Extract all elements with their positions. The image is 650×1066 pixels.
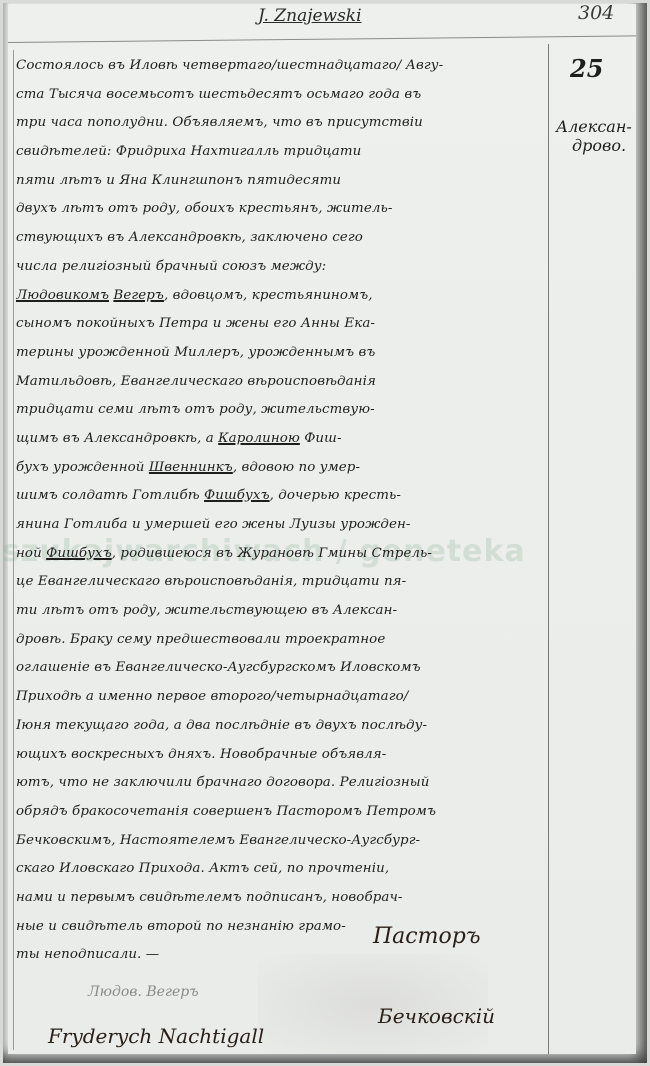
body-line: ной Фишбухъ, родившеюся въ Журановѣ Гмин… [16, 540, 544, 569]
body-line: це Евангелическаго вѣроисповѣданія, трид… [16, 568, 544, 597]
margin-place: Алексан- [556, 117, 636, 136]
body-line: пяти лѣтъ и Яна Клингшпонъ пятидесяти [16, 167, 544, 196]
body-line: числа религіозный брачный союзъ между: [16, 253, 544, 282]
body-line: Приходѣ а именно первое второго/четырнад… [16, 683, 544, 712]
body-line: шимъ солдатѣ Готлибѣ Фишбухъ, дочерью кр… [16, 482, 544, 511]
body-line: двухъ лѣтъ отъ роду, обоихъ крестьянъ, ж… [16, 195, 544, 224]
body-line: ти лѣтъ отъ роду, жительствующею въ Алек… [16, 597, 544, 626]
page-number: 304 [578, 2, 614, 24]
body-line: три часа пополудни. Объявляемъ, что въ п… [16, 109, 544, 138]
body-line: ствующихъ въ Александровкѣ, заключено се… [16, 224, 544, 253]
margin-place: дрово. [572, 136, 636, 155]
body-line: Состоялось въ Иловѣ четвертаго/шестнадца… [16, 52, 544, 81]
body-line: обрядъ бракосочетанія совершенъ Пастором… [16, 798, 544, 827]
body-line: терины урожденной Миллеръ, урожденнымъ в… [16, 339, 544, 368]
entry-number: 25 [570, 54, 636, 83]
record-body: Состоялось въ Иловѣ четвертаго/шестнадца… [16, 52, 544, 970]
body-line: Іюня текущаго года, а два послѣдніе въ д… [16, 712, 544, 741]
pastor-title: Пасторъ [373, 924, 480, 949]
body-line: Матильдовѣ, Евангелическаго вѣроисповѣда… [16, 368, 544, 397]
register-page: J. Znajewski 304 szukajwarchiwach / gene… [8, 4, 636, 1054]
margin-column: 25 Алексан- дрово. [556, 54, 636, 155]
header-rule [8, 35, 636, 43]
body-line: ютъ, что не заключили брачнаго договора.… [16, 769, 544, 798]
scan-frame: J. Znajewski 304 szukajwarchiwach / gene… [0, 0, 650, 1066]
body-line: ста Тысяча восемьсотъ шестьдесятъ осьмаг… [16, 81, 544, 110]
body-line-bride: щимъ въ Александровкѣ, а Каролиною Фиш- [16, 425, 544, 454]
body-line: сыномъ покойныхъ Петра и жены его Анны Е… [16, 310, 544, 339]
body-line: оглашеніе въ Евангелическо-Аугсбургскомъ… [16, 654, 544, 683]
pastor-signature: Бечковскій [378, 1004, 495, 1028]
body-line: дровѣ. Браку сему предшествовали троекра… [16, 626, 544, 655]
body-line: ющихъ воскресныхъ дняхъ. Новобрачные объ… [16, 741, 544, 770]
margin-column-rule [548, 44, 549, 1054]
body-line-groom: Людовикомъ Вегеръ, вдовцомъ, крестьянино… [16, 282, 544, 311]
body-line: Бечковскимъ, Настоятелемъ Евангелическо-… [16, 827, 544, 856]
body-line: скаго Иловскаго Прихода. Актъ сей, по пр… [16, 855, 544, 884]
body-line: янина Готлиба и умершей его жены Луизы у… [16, 511, 544, 540]
body-line: тридцати семи лѣтъ отъ роду, жительствую… [16, 396, 544, 425]
body-line: свидѣтелей: Фридриха Нахтигалль тридцати [16, 138, 544, 167]
faded-signature: Людов. Вегеръ [88, 984, 199, 1000]
body-line: нами и первымъ свидѣтелемъ подписанъ, но… [16, 884, 544, 913]
witness-signature: Fryderych Nachtigall [48, 1024, 264, 1048]
header-name: J. Znajewski [258, 6, 362, 26]
body-line-bride: бухъ урожденной Швеннинкъ, вдовою по уме… [16, 454, 544, 483]
